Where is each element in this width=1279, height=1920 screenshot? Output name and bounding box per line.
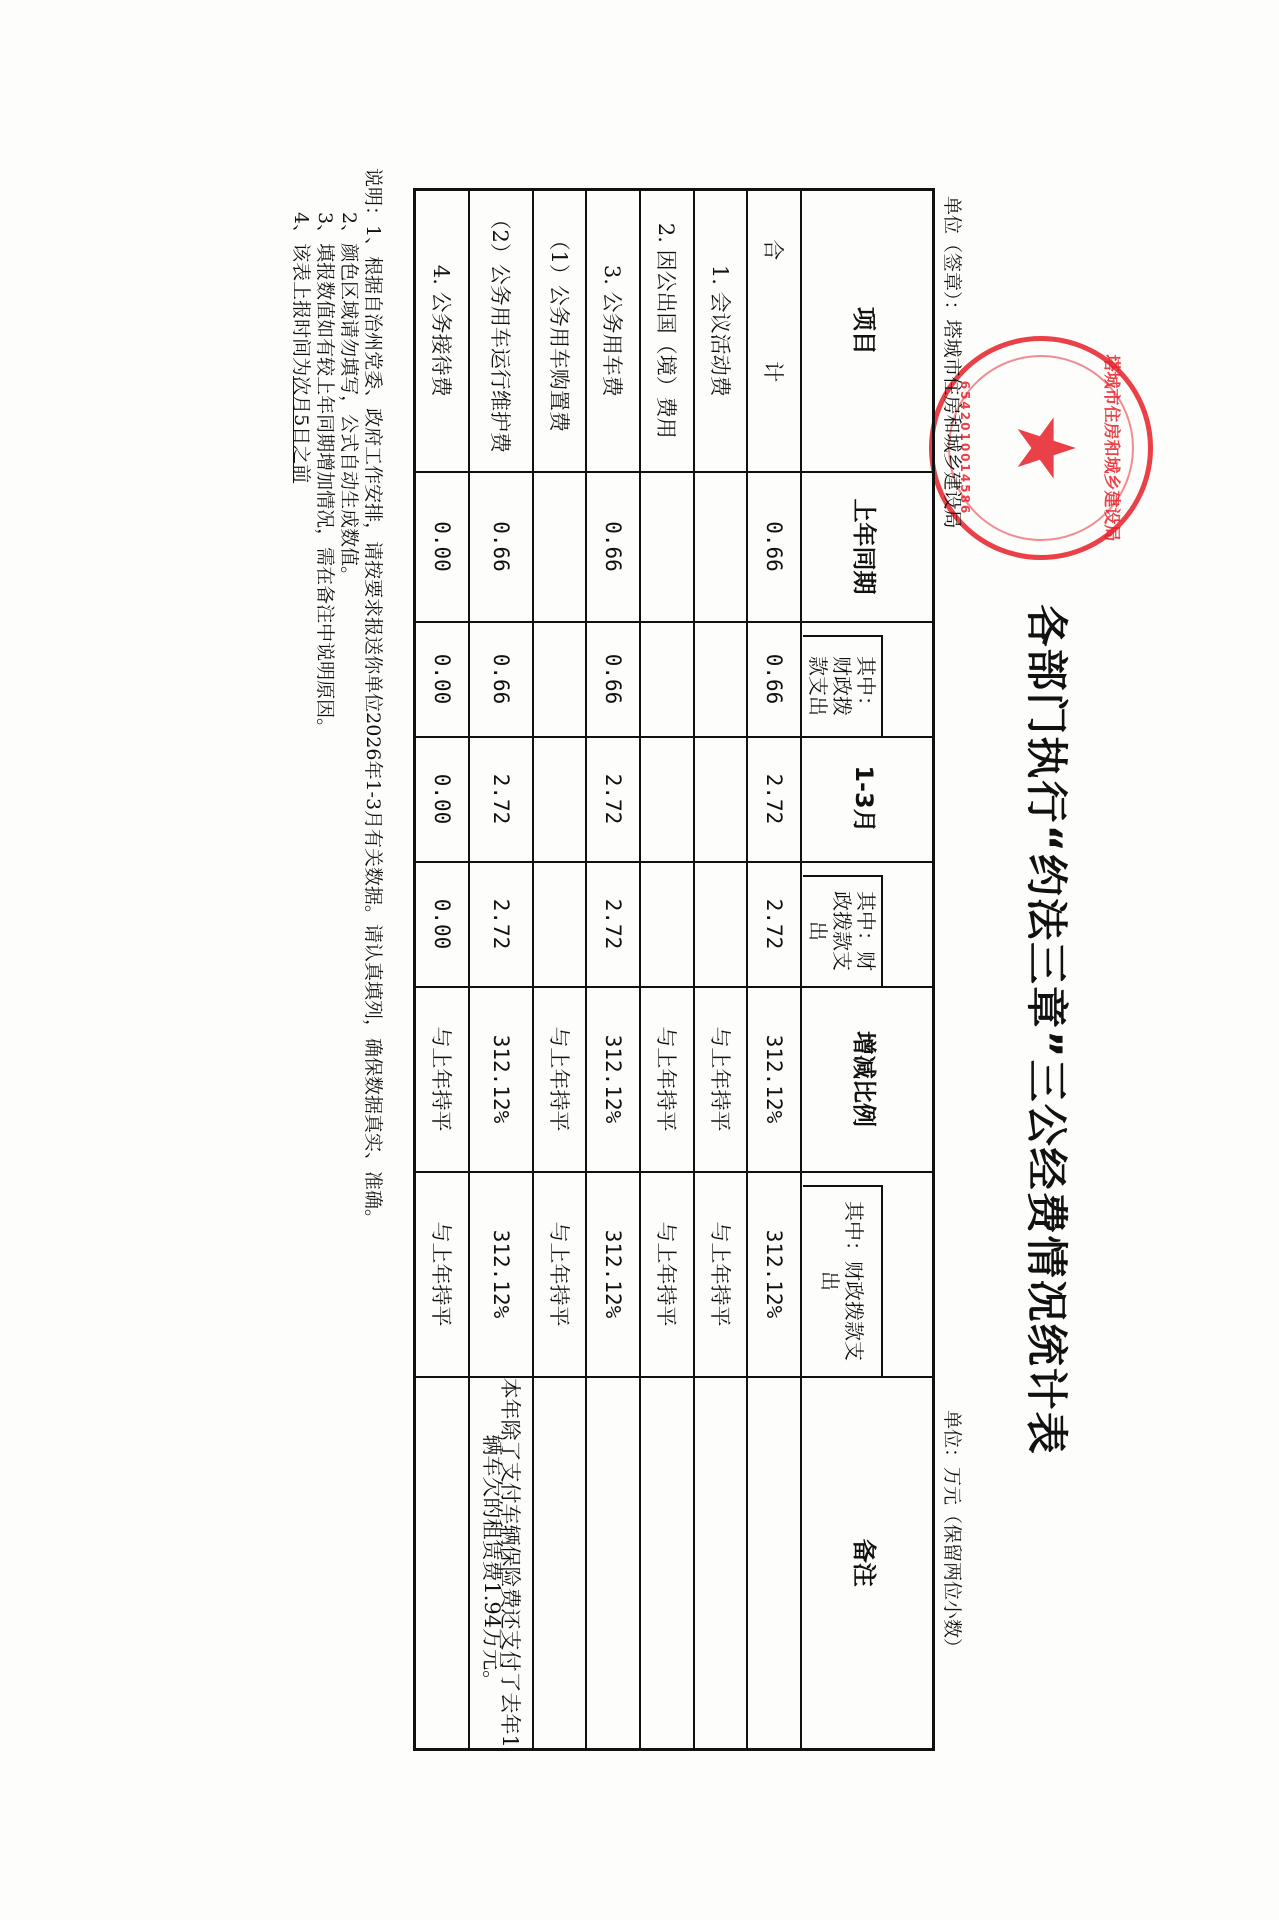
cell-item: 3. 公务用车费 [586, 190, 640, 472]
table-row: 2. 因公出国（境）费用与上年持平与上年持平 [640, 190, 694, 1750]
cell-last-year [640, 472, 694, 622]
cell-jan-mar: 2.72 [586, 737, 640, 862]
cell-change-fiscal: 312.12% [586, 1172, 640, 1377]
notes: 说明：1、根据自治州党委、政府工作安排，请按要求报送你单位2026年1-3月有关… [289, 168, 385, 1228]
cell-jan-mar-fiscal: 2.72 [469, 862, 533, 987]
cell-jan-mar-fiscal: 2.72 [586, 862, 640, 987]
cell-jan-mar [694, 737, 748, 862]
document-title: 各部门执行“约法三章”三公经费情况统计表 [1019, 0, 1079, 1920]
cell-change: 312.12% [747, 987, 801, 1172]
note-1: 说明：1、根据自治州党委、政府工作安排，请按要求报送你单位2026年1-3月有关… [361, 168, 385, 1228]
cell-remark: 本年除了支付车辆保险费还支付了去年1辆车欠的租赁费1.94万元。 [469, 1377, 533, 1750]
header-change-ratio: 增减比例 [801, 987, 934, 1172]
cell-last-year-fiscal [640, 622, 694, 737]
cell-last-year-fiscal: 0.00 [415, 622, 470, 737]
cell-item: 4. 公务接待费 [415, 190, 470, 472]
cell-change-fiscal: 312.12% [469, 1172, 533, 1377]
cell-jan-mar-fiscal: 0.00 [415, 862, 470, 987]
header-jan-mar: 1-3月 [801, 737, 934, 862]
unit-signature: 单位（签章）：塔城市住房和城乡建设局 [940, 196, 967, 529]
cell-change-fiscal: 312.12% [747, 1172, 801, 1377]
cell-last-year [533, 472, 587, 622]
cell-change: 与上年持平 [640, 987, 694, 1172]
cell-last-year: 0.66 [747, 472, 801, 622]
table-row: 3. 公务用车费0.660.662.722.72312.12%312.12% [586, 190, 640, 1750]
unit-signature-label: 单位（签章）： [941, 196, 963, 320]
cell-remark [747, 1377, 801, 1750]
cell-last-year-fiscal: 0.66 [747, 622, 801, 737]
cell-change: 312.12% [586, 987, 640, 1172]
cell-jan-mar: 0.00 [415, 737, 470, 862]
expense-table: 项目 上年同期 其中：财政拨款支出 1-3月 其中：财政拨款支出 增减比例 其中… [413, 188, 935, 1751]
header-jan-mar-fiscal: 其中：财政拨款支出 [801, 862, 934, 987]
cell-remark [694, 1377, 748, 1750]
table-row: （1）公务用车购置费与上年持平与上年持平 [533, 190, 587, 1750]
cell-jan-mar [533, 737, 587, 862]
unit-signature-value: 塔城市住房和城乡建设局 [941, 320, 963, 529]
cell-last-year: 0.00 [415, 472, 470, 622]
cell-last-year-fiscal [533, 622, 587, 737]
cell-jan-mar [640, 737, 694, 862]
table-row: 4. 公务接待费0.000.000.000.00与上年持平与上年持平 [415, 190, 470, 1750]
note-2: 2、颜色区域请勿填写，公式自动生成数值。 [337, 168, 361, 1228]
table-row: （2）公务用车运行维护费0.660.662.722.72312.12%312.1… [469, 190, 533, 1750]
header-remark: 备注 [801, 1377, 934, 1750]
header-last-year: 上年同期 [801, 472, 934, 622]
cell-item: 2. 因公出国（境）费用 [640, 190, 694, 472]
note-4: 4、该表上报时间为次月5日之前 [289, 168, 313, 1228]
cell-last-year-fiscal [694, 622, 748, 737]
cell-jan-mar-fiscal: 2.72 [747, 862, 801, 987]
currency-unit: 单位：万元（保留两位小数） [940, 1410, 967, 1657]
cell-item: （2）公务用车运行维护费 [469, 190, 533, 472]
cell-jan-mar-fiscal [533, 862, 587, 987]
cell-change-fiscal: 与上年持平 [533, 1172, 587, 1377]
cell-remark [586, 1377, 640, 1750]
cell-remark [415, 1377, 470, 1750]
cell-change: 与上年持平 [415, 987, 470, 1172]
cell-last-year [694, 472, 748, 622]
cell-remark [533, 1377, 587, 1750]
cell-change-fiscal: 与上年持平 [415, 1172, 470, 1377]
cell-change-fiscal: 与上年持平 [640, 1172, 694, 1377]
cell-item: 合 计 [747, 190, 801, 472]
table-row-total: 合 计0.660.662.722.72312.12%312.12% [747, 190, 801, 1750]
cell-jan-mar: 2.72 [747, 737, 801, 862]
cell-remark [640, 1377, 694, 1750]
cell-item: （1）公务用车购置费 [533, 190, 587, 472]
cell-jan-mar: 2.72 [469, 737, 533, 862]
cell-last-year: 0.66 [586, 472, 640, 622]
cell-jan-mar-fiscal [694, 862, 748, 987]
cell-jan-mar-fiscal [640, 862, 694, 987]
cell-change-fiscal: 与上年持平 [694, 1172, 748, 1377]
table-row: 1. 会议活动费与上年持平与上年持平 [694, 190, 748, 1750]
cell-last-year-fiscal: 0.66 [586, 622, 640, 737]
header-item: 项目 [801, 190, 934, 472]
note-3: 3、填报数值如有较上年同期增加情况，需在备注中说明原因。 [313, 168, 337, 1228]
cell-item: 1. 会议活动费 [694, 190, 748, 472]
header-change-ratio-fiscal: 其中：财政拨款支出 [801, 1172, 934, 1377]
document-page: 塔城市住房和城乡建设局 ★ 6542010014586 各部门执行“约法三章”三… [0, 0, 1279, 1920]
table-header-row: 项目 上年同期 其中：财政拨款支出 1-3月 其中：财政拨款支出 增减比例 其中… [801, 190, 934, 1750]
cell-change: 与上年持平 [694, 987, 748, 1172]
header-last-year-fiscal: 其中：财政拨款支出 [801, 622, 934, 737]
cell-last-year: 0.66 [469, 472, 533, 622]
cell-change: 与上年持平 [533, 987, 587, 1172]
seal-org-text: 塔城市住房和城乡建设局 [1101, 341, 1126, 555]
cell-last-year-fiscal: 0.66 [469, 622, 533, 737]
cell-change: 312.12% [469, 987, 533, 1172]
